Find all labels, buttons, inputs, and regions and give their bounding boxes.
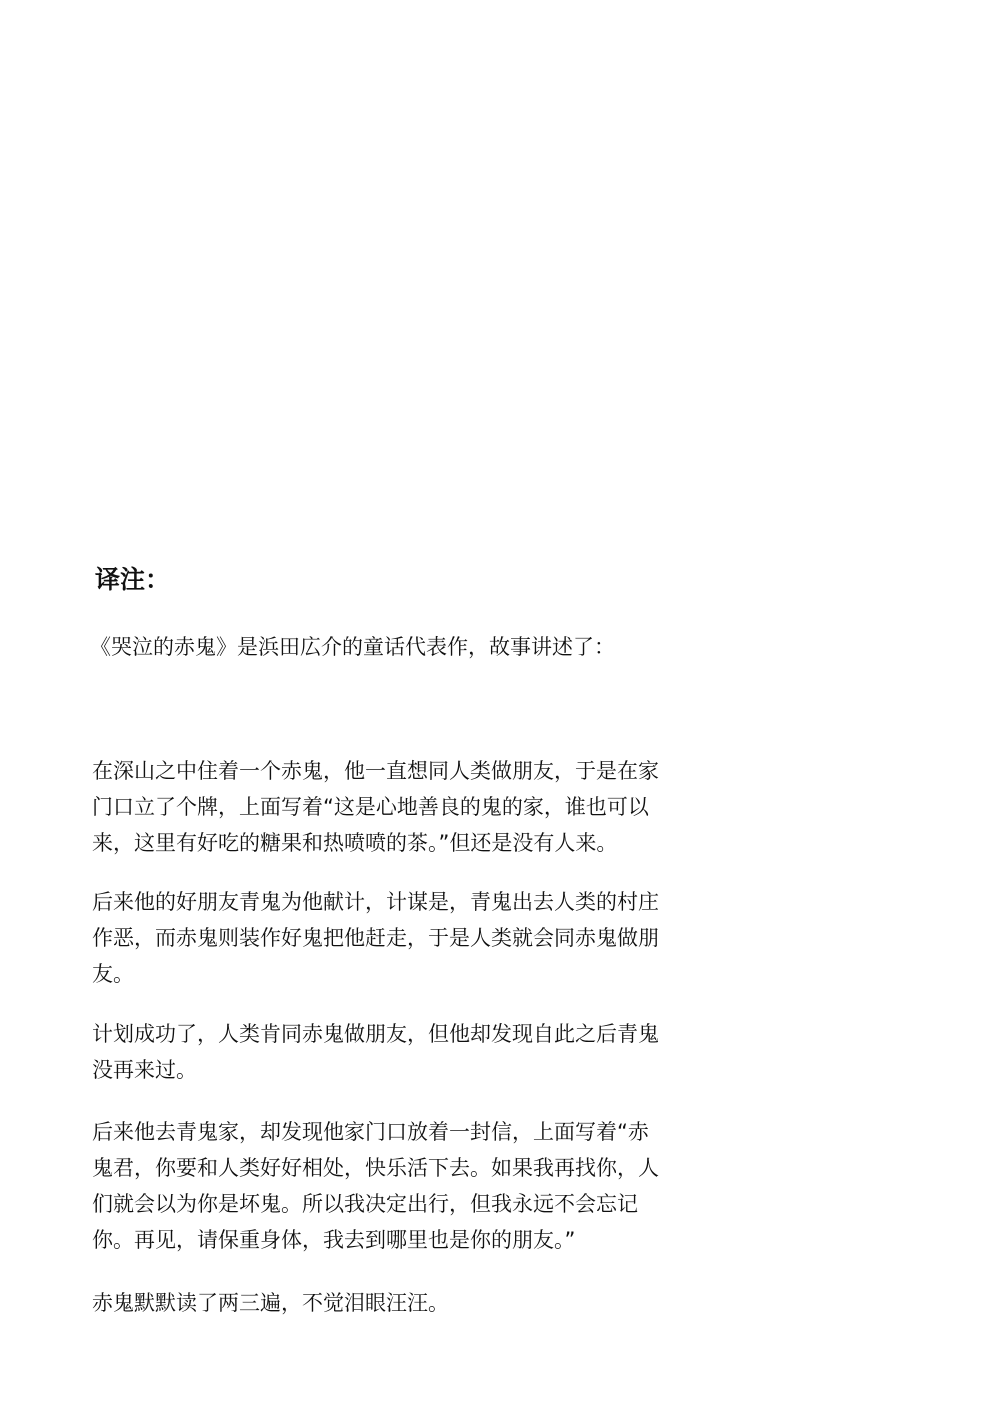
text-line: 友。 (92, 956, 659, 992)
text-line: 计划成功了，人类肯同赤鬼做朋友，但他却发现自此之后青鬼 (92, 1016, 659, 1052)
paragraph-2: 后来他的好朋友青鬼为他献计，计谋是，青鬼出去人类的村庄 作恶，而赤鬼则装作好鬼把… (92, 884, 659, 992)
paragraph-4: 后来他去青鬼家，却发现他家门口放着一封信，上面写着“赤 鬼君，你要和人类好好相处… (92, 1114, 659, 1258)
text-line: 们就会以为你是坏鬼。所以我决定出行，但我永远不会忘记 (92, 1186, 659, 1222)
text-line: 后来他去青鬼家，却发现他家门口放着一封信，上面写着“赤 (92, 1114, 659, 1150)
note-heading: 译注： (95, 563, 170, 597)
paragraph-5: 赤鬼默默读了两三遍，不觉泪眼汪汪。 (92, 1285, 449, 1321)
text-line: 鬼君，你要和人类好好相处，快乐活下去。如果我再找你，人 (92, 1150, 659, 1186)
text-line: 在深山之中住着一个赤鬼，他一直想同人类做朋友，于是在家 (92, 753, 659, 789)
paragraph-1: 在深山之中住着一个赤鬼，他一直想同人类做朋友，于是在家 门口立了个牌，上面写着“… (92, 753, 659, 861)
text-line: 来，这里有好吃的糖果和热喷喷的茶。”但还是没有人来。 (92, 825, 659, 861)
text-line: 没再来过。 (92, 1052, 659, 1088)
paragraph-3: 计划成功了，人类肯同赤鬼做朋友，但他却发现自此之后青鬼 没再来过。 (92, 1016, 659, 1088)
text-line: 门口立了个牌，上面写着“这是心地善良的鬼的家，谁也可以 (92, 789, 659, 825)
text-line: 你。再见，请保重身体，我去到哪里也是你的朋友。” (92, 1222, 659, 1258)
intro-text: 《哭泣的赤鬼》是浜田広介的童话代表作，故事讲述了： (90, 632, 615, 662)
text-line: 后来他的好朋友青鬼为他献计，计谋是，青鬼出去人类的村庄 (92, 884, 659, 920)
text-line: 赤鬼默默读了两三遍，不觉泪眼汪汪。 (92, 1285, 449, 1321)
text-line: 作恶，而赤鬼则装作好鬼把他赶走，于是人类就会同赤鬼做朋 (92, 920, 659, 956)
